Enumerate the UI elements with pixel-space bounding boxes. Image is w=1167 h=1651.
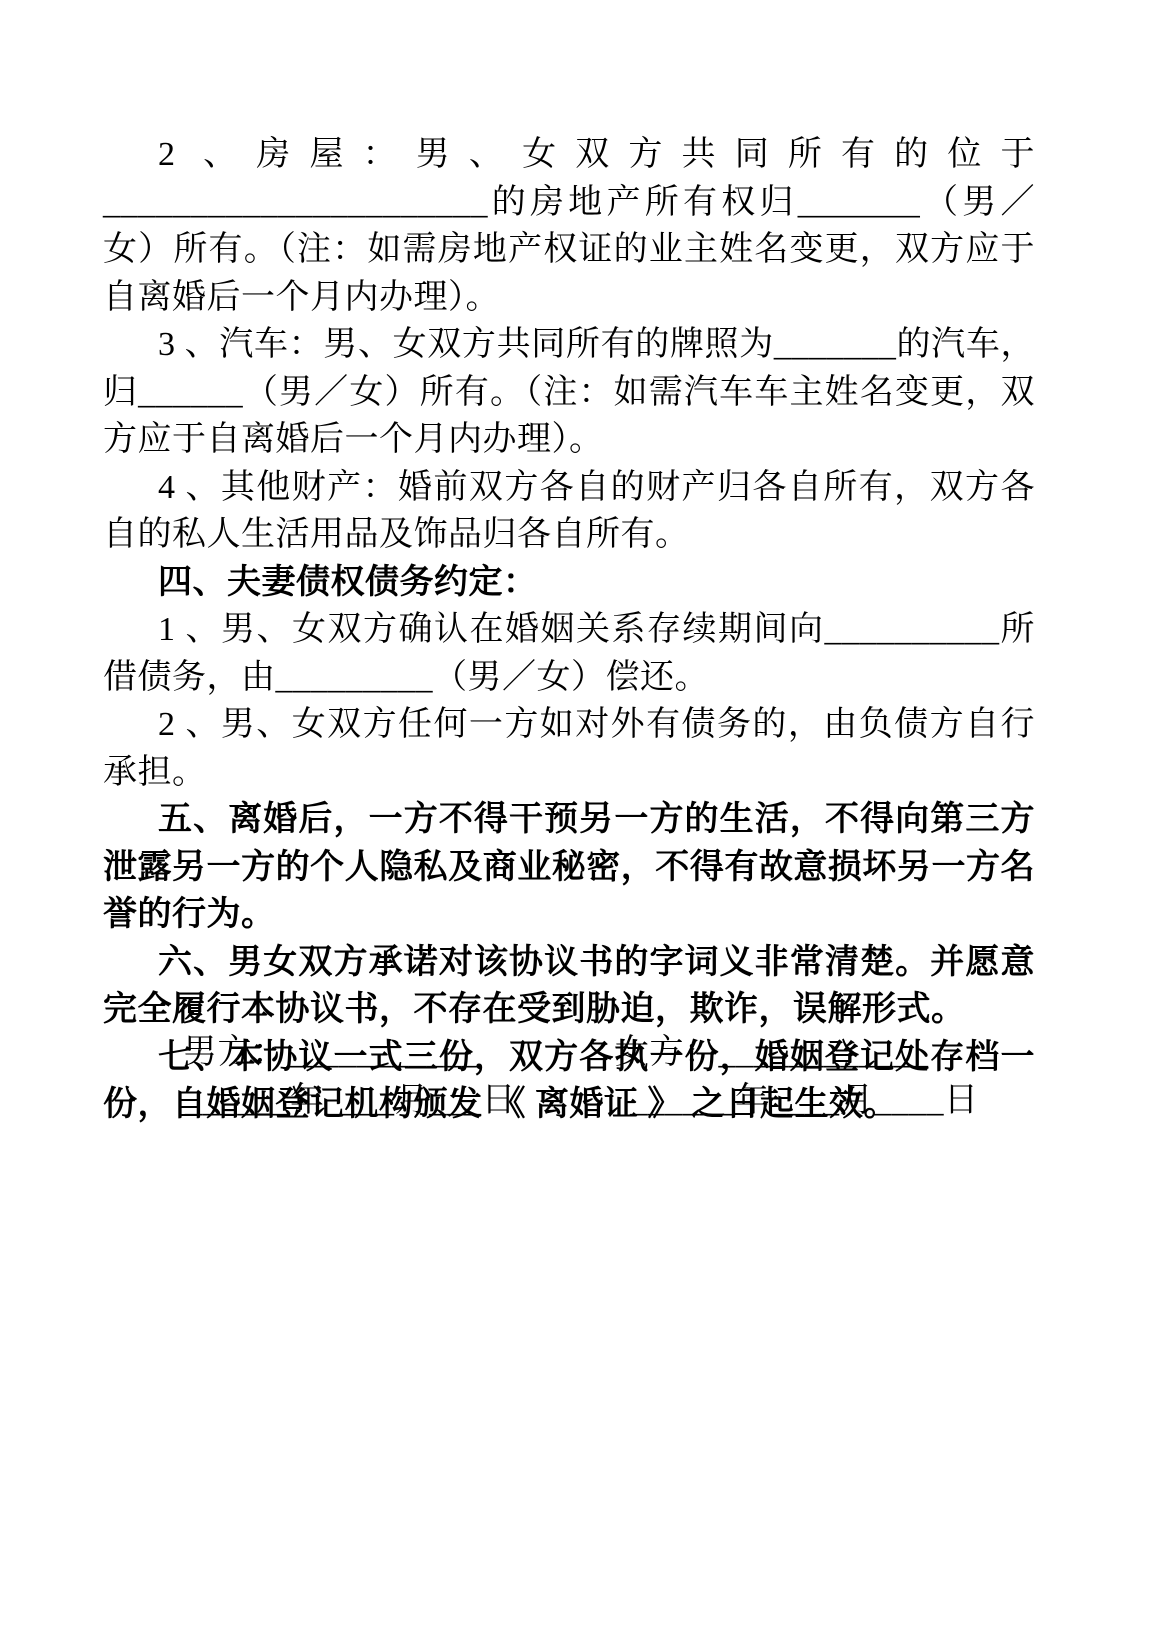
document-body: 2 、房屋：男、女双方共同所有的位于______________________… xyxy=(103,131,1035,1129)
clause-other-property-paragraph: 4 、其他财产：婚前双方各自的财产归各自所有，双方各自的私人生活用品及饰品归各自… xyxy=(103,464,1035,559)
debt-clause-1-paragraph: 1 、男、女双方确认在婚姻关系存续期间向__________所借债务，由____… xyxy=(103,606,1035,701)
debt-section-heading: 四、夫妻债权债务约定： xyxy=(103,559,1035,607)
privacy-clause-paragraph: 五、离婚后，一方不得干预另一方的生活，不得向第三方泄露另一方的个人隐私及商业秘密… xyxy=(103,796,1035,939)
clause-house-paragraph: 2 、房屋：男、女双方共同所有的位于______________________… xyxy=(103,131,1035,321)
clause-car-paragraph: 3 、汽车：男、女双方共同所有的牌照为_______的汽车，归______（男／… xyxy=(103,321,1035,464)
wife-date-line: ______年____月____日 xyxy=(630,1081,979,1121)
husband-date-line: ______年____月___日 xyxy=(185,1081,516,1121)
husband-signature-line: 男方：___________ xyxy=(183,1033,479,1073)
consent-clause-paragraph: 六、男女双方承诺对该协议书的字词义非常清楚。并愿意完全履行本协议书，不存在受到胁… xyxy=(103,939,1035,1034)
wife-signature-line: 女方：____________ xyxy=(615,1033,929,1073)
debt-clause-2-paragraph: 2 、男、女双方任何一方如对外有债务的，由负债方自行承担。 xyxy=(103,701,1035,796)
document-page: 2 、房屋：男、女双方共同所有的位于______________________… xyxy=(0,0,1167,1651)
